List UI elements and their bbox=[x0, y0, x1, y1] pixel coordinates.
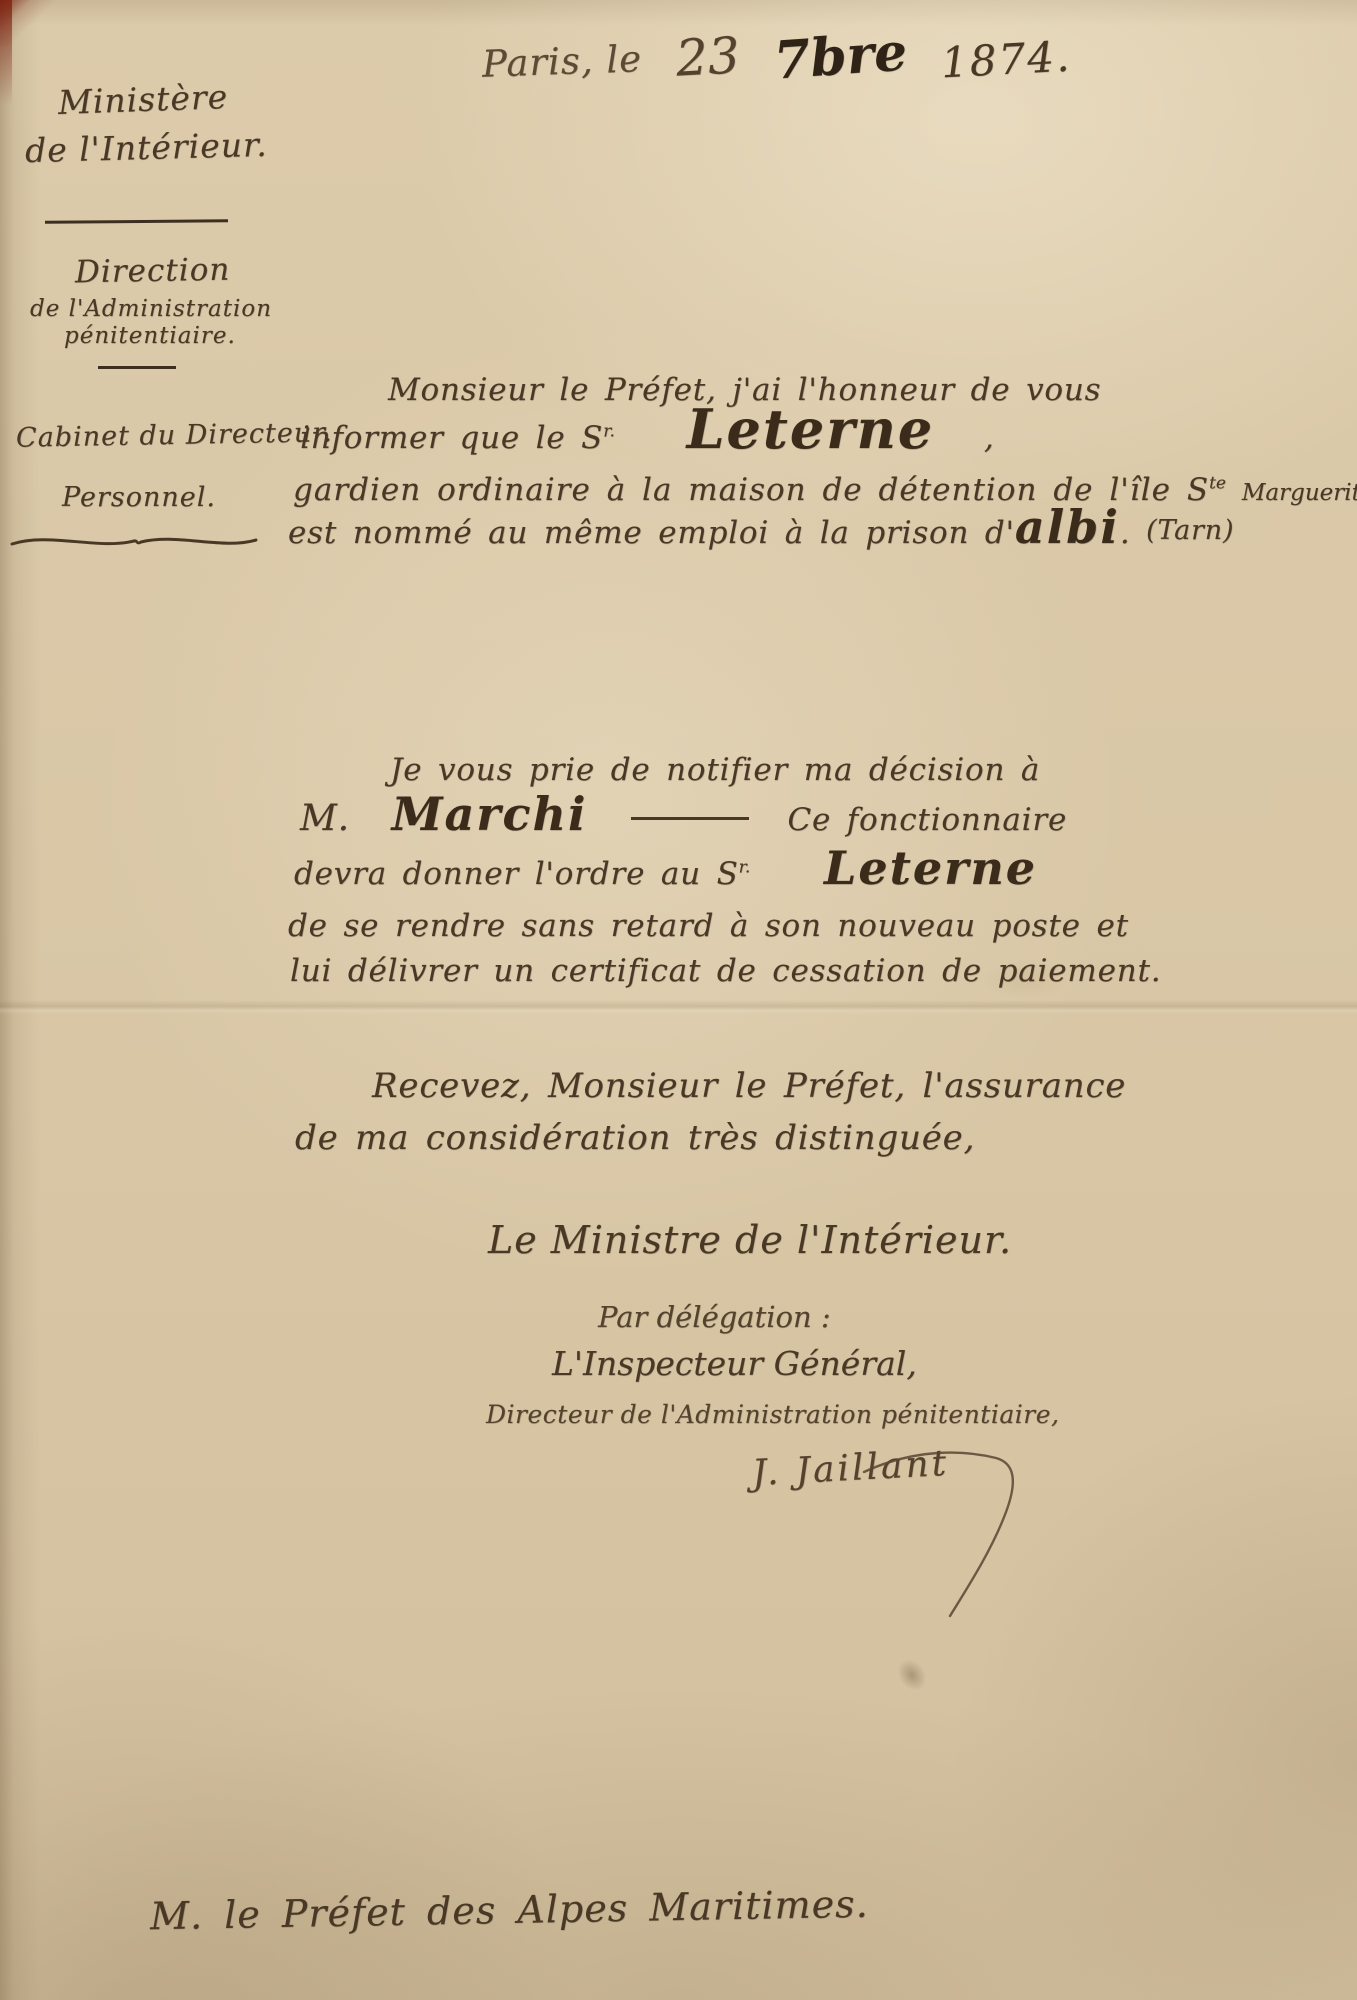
body-line: devra donner l'ordre au Sr. Leterne bbox=[294, 856, 1037, 892]
person-name-leterne: Leterne bbox=[824, 841, 1037, 895]
body-line: Je vous prie de notifier ma décision à bbox=[390, 752, 1040, 788]
addressee-line: M. le Préfet des Alpes Maritimes. bbox=[150, 1882, 869, 1939]
dateline-month: 7bre bbox=[772, 21, 909, 91]
dateline-place: Paris, le bbox=[481, 37, 642, 86]
closing-line: de ma considération très distinguée, bbox=[295, 1118, 975, 1158]
department-tarn: (Tarn) bbox=[1146, 515, 1234, 546]
letterhead-direction-line1: Direction bbox=[75, 252, 231, 291]
letterhead-direction-line2: de l'Administration bbox=[30, 296, 272, 322]
body-text: Ce fonctionnaire bbox=[787, 802, 1067, 838]
body-line: M. MarchiCe fonctionnaire bbox=[300, 798, 1067, 839]
body-text: , bbox=[984, 420, 995, 456]
body-text: informer que le S bbox=[300, 420, 603, 456]
dateline: Paris, le 23 7bre 1874. bbox=[482, 26, 1071, 87]
body-text: est nommé au même emploi à la prison d' bbox=[288, 515, 1015, 551]
superscript: te bbox=[1209, 474, 1226, 494]
body-line: gardien ordinaire à la maison de détenti… bbox=[293, 472, 1357, 508]
place-name-albi: albi bbox=[1015, 500, 1120, 554]
letterhead-direction-line3: pénitentiaire. bbox=[64, 323, 236, 349]
letterhead-ministry-line1: Ministère bbox=[57, 77, 228, 122]
letterhead-short-rule bbox=[98, 366, 176, 369]
paper-crease-horizontal bbox=[0, 1000, 1357, 1014]
body-line: de se rendre sans retard à son nouveau p… bbox=[288, 908, 1129, 944]
dateline-year: 1874. bbox=[940, 32, 1073, 88]
superscript: r. bbox=[739, 858, 751, 878]
body-line: informer que le Sr. Leterne , bbox=[300, 420, 995, 456]
letterhead-cabinet: Cabinet du Directeur. bbox=[16, 417, 333, 454]
place-name-marguerite: Marguerite bbox=[1242, 480, 1357, 506]
paper-crease-small bbox=[892, 1654, 933, 1697]
body-text: M. bbox=[300, 798, 350, 839]
separator-dash bbox=[631, 817, 749, 820]
body-text: devra donner l'ordre au S bbox=[294, 856, 739, 892]
letterhead-ministry-line2: de l'Intérieur. bbox=[25, 125, 269, 170]
letterhead-divider-rule bbox=[45, 219, 228, 224]
deputy-title: L'Inspecteur Général, bbox=[552, 1344, 917, 1383]
dateline-day: 23 bbox=[675, 26, 742, 87]
signatory-title: Le Ministre de l'Intérieur. bbox=[488, 1218, 1012, 1262]
closing-line: Recevez, Monsieur le Préfet, l'assurance bbox=[372, 1066, 1126, 1106]
superscript: r. bbox=[603, 422, 615, 442]
person-name-leterne: Leterne bbox=[687, 397, 935, 461]
photo-corner-shadow bbox=[0, 0, 150, 46]
photo-edge-shadow bbox=[0, 0, 12, 110]
letter-page: Paris, le 23 7bre 1874. Ministère de l'I… bbox=[0, 0, 1357, 2000]
person-name-marchi: Marchi bbox=[392, 787, 588, 841]
body-line: est nommé au même emploi à la prison d'a… bbox=[288, 515, 1234, 551]
body-text: . bbox=[1120, 515, 1131, 551]
delegation-note: Par délégation : bbox=[598, 1300, 831, 1334]
signature-flourish bbox=[846, 1420, 1026, 1634]
body-line: lui délivrer un certificat de cessation … bbox=[290, 953, 1161, 989]
flourish-underline bbox=[8, 528, 260, 558]
letterhead-personnel: Personnel. bbox=[62, 482, 216, 513]
